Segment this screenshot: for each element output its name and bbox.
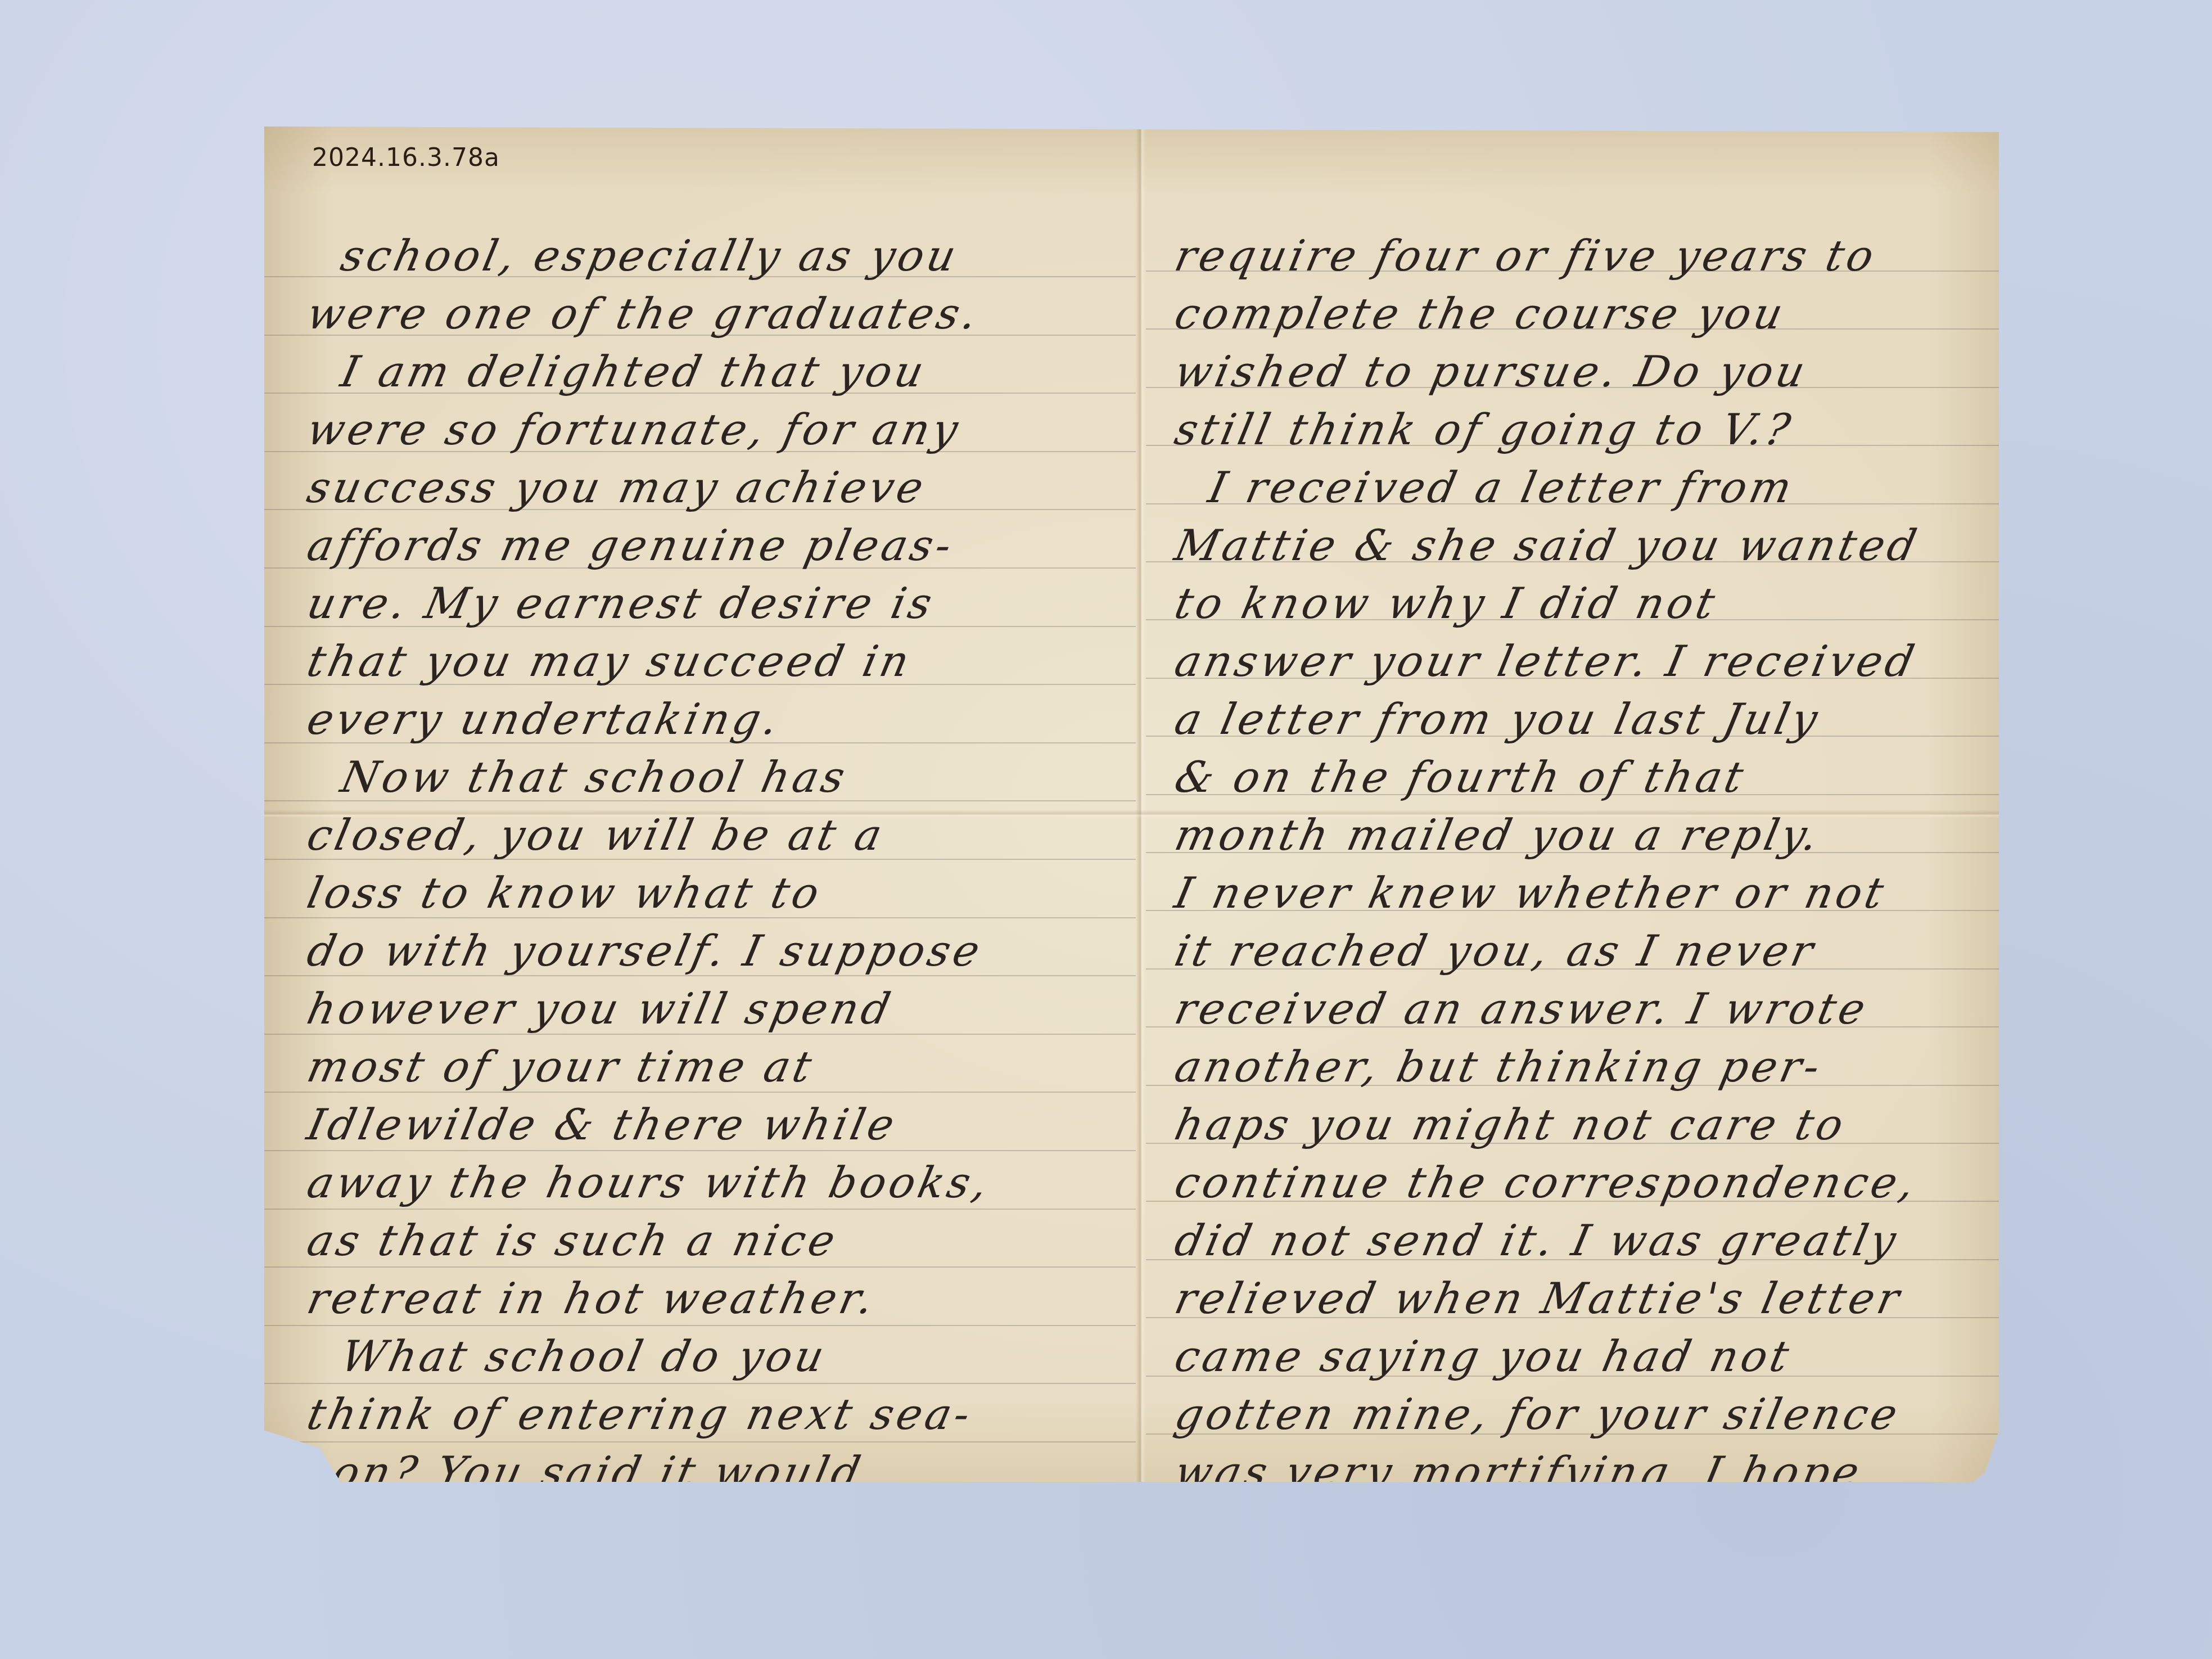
rule-line <box>1146 1550 1999 1551</box>
rule-line <box>1146 1491 1999 1493</box>
handwritten-line: require four or five years to <box>1171 235 1881 277</box>
handwritten-line: most of your time at <box>304 1045 819 1088</box>
left-page: school, especially as youwere one of the… <box>264 127 1136 1482</box>
handwritten-line: it reached you, as I never <box>1171 930 1820 972</box>
handwritten-line: relieved when Mattie's letter <box>1171 1277 1906 1320</box>
handwritten-line: affords me genuine pleas- <box>304 524 959 567</box>
handwritten-line: continue the correspondence, <box>1171 1161 1922 1204</box>
handwritten-line: son? You said it would <box>304 1451 867 1494</box>
handwritten-line: as that is such a nice <box>304 1219 842 1262</box>
handwritten-line: Idlewilde & there while <box>304 1103 901 1146</box>
rule-line <box>264 1558 1136 1559</box>
handwritten-line: Now that school has <box>337 756 852 799</box>
letter-paper: 2024.16.3.78a school, especially as youw… <box>264 127 1999 1482</box>
handwritten-line: wished to pursue. Do you <box>1171 350 1812 393</box>
handwritten-line: received an answer. I wrote <box>1171 988 1872 1030</box>
handwritten-line: think of entering next sea- <box>304 1393 977 1436</box>
handwritten-line: do with yourself. I suppose <box>304 930 987 972</box>
handwritten-line: were so fortunate, for any <box>304 408 965 451</box>
handwritten-line: did not send it. I was greatly <box>1171 1219 1903 1262</box>
handwritten-line: success you may achieve <box>304 466 931 509</box>
handwritten-line: another, but thinking per- <box>1171 1045 1827 1088</box>
handwritten-line: retreat in hot weather. <box>304 1277 881 1320</box>
handwritten-line: complete the course you <box>1171 292 1790 335</box>
handwritten-line: closed, you will be at a <box>304 814 889 856</box>
handwritten-line: month mailed you a reply. <box>1171 814 1825 856</box>
handwritten-line: gotten mine, for your silence <box>1171 1393 1904 1436</box>
rule-line <box>264 1500 1136 1501</box>
handwritten-line: Mattie & she said you wanted <box>1171 524 1923 567</box>
handwritten-line: What school do you <box>337 1335 831 1378</box>
handwritten-line: haps you might not care to <box>1171 1103 1850 1146</box>
handwritten-line: however you will spend <box>304 988 897 1030</box>
center-fold-crease <box>1136 127 1146 1482</box>
handwritten-line: a letter from you last July <box>1171 698 1825 741</box>
handwritten-line: ure. My earnest desire is <box>304 582 939 625</box>
handwritten-line: to know why I did not <box>1171 582 1722 625</box>
handwritten-line: loss to know what to <box>304 872 826 914</box>
handwritten-line: every undertaking. <box>304 698 785 741</box>
handwritten-line: answer your letter. I received <box>1171 640 1921 683</box>
handwritten-line: came saying you had not <box>1171 1335 1796 1378</box>
handwritten-line: was very mortifying. I hope <box>1171 1451 1866 1494</box>
handwritten-line: that you may succeed in <box>304 640 916 683</box>
handwritten-line: I never knew whether or not <box>1171 872 1890 914</box>
handwritten-line: school, especially as you <box>337 235 963 277</box>
handwritten-line: were one of the graduates. <box>304 292 984 335</box>
handwritten-line: & on the fourth of that <box>1171 756 1750 799</box>
handwritten-line: away the hours with books, <box>304 1161 995 1204</box>
handwritten-line: I am delighted that you <box>337 350 931 393</box>
right-page: require four or five years tocomplete th… <box>1146 127 1999 1482</box>
handwritten-line: still think of going to V.? <box>1171 408 1797 451</box>
handwritten-line: I received a letter from <box>1205 466 1799 509</box>
